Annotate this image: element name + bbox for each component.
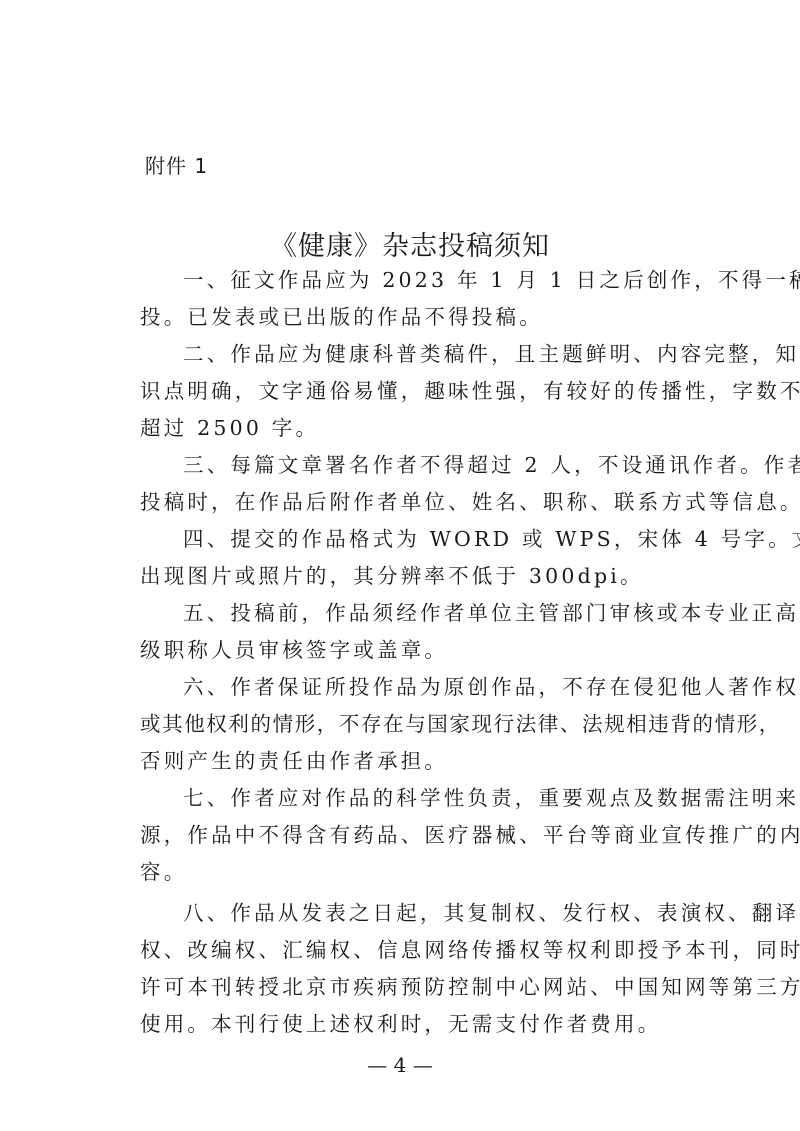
document-body: 一、征文作品应为 2023 年 1 月 1 日之后创作，不得一稿多 投。已发表或… (140, 262, 700, 1043)
rule-4-line-1: 四、提交的作品格式为 WORD 或 WPS，宋体 4 号字。文章中 (140, 521, 700, 558)
rule-7-line-1: 七、作者应对作品的科学性负责，重要观点及数据需注明来 (140, 780, 700, 817)
rule-7-line-2: 源，作品中不得含有药品、医疗器械、平台等商业宣传推广的内 (140, 817, 700, 854)
document-title: 《健康》杂志投稿须知 (0, 224, 800, 263)
rule-8-line-2: 权、改编权、汇编权、信息网络传播权等权利即授予本刊，同时 (140, 932, 700, 969)
rule-4-line-2: 出现图片或照片的，其分辨率不低于 300dpi。 (140, 558, 700, 595)
rule-5-line-2: 级职称人员审核签字或盖章。 (140, 632, 700, 669)
rule-5-line-1: 五、投稿前，作品须经作者单位主管部门审核或本专业正高 (140, 595, 700, 632)
rule-2-line-1: 二、作品应为健康科普类稿件，且主题鲜明、内容完整，知 (140, 336, 700, 373)
page-number: — 4 — (0, 1053, 800, 1077)
rule-8-line-4: 使用。本刊行使上述权利时，无需支付作者费用。 (140, 1006, 700, 1043)
rule-3-line-2: 投稿时，在作品后附作者单位、姓名、职称、联系方式等信息。 (140, 484, 700, 521)
rule-8-line-3: 许可本刊转授北京市疾病预防控制中心网站、中国知网等第三方 (140, 969, 700, 1006)
rule-1-line-1: 一、征文作品应为 2023 年 1 月 1 日之后创作，不得一稿多 (140, 262, 700, 299)
rule-6-line-1: 六、作者保证所投作品为原创作品，不存在侵犯他人著作权 (140, 669, 700, 706)
rule-3-line-1: 三、每篇文章署名作者不得超过 2 人，不设通讯作者。作者 (140, 447, 700, 484)
rule-6-line-2: 或其他权利的情形，不存在与国家现行法律、法规相违背的情形， (140, 706, 700, 743)
rule-8-line-1: 八、作品从发表之日起，其复制权、发行权、表演权、翻译 (140, 895, 700, 932)
rule-7-line-3: 容。 (140, 854, 700, 891)
rule-2-line-3: 超过 2500 字。 (140, 410, 700, 447)
rule-6-line-3: 否则产生的责任由作者承担。 (140, 743, 700, 780)
rule-2-line-2: 识点明确，文字通俗易懂，趣味性强，有较好的传播性，字数不 (140, 373, 700, 410)
attachment-label: 附件 1 (145, 150, 208, 179)
rule-1-line-2: 投。已发表或已出版的作品不得投稿。 (140, 299, 700, 336)
